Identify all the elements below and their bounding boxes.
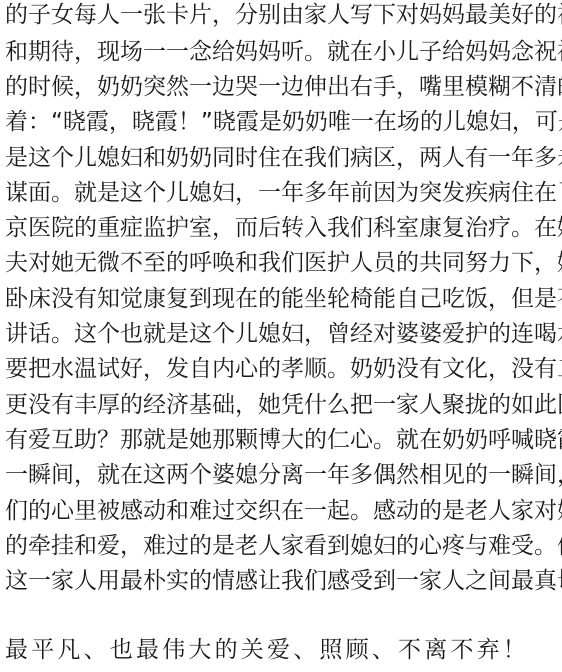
text-line-4: 着：“晓霞，晓霞！”晓霞是奶奶唯一在场的儿媳妇，可是就 [5, 107, 557, 137]
text-line-11: 要把水温试好，发自内心的孝顺。奶奶没有文化，没有工作， [5, 354, 557, 384]
text-line-15: 们的心里被感动和难过交织在一起。感动的是老人家对媳妇 [5, 496, 557, 526]
text-line-5: 是这个儿媳妇和奶奶同时住在我们病区，两人有一年多未曾 [5, 143, 557, 173]
text-line-6: 谋面。就是这个儿媳妇，一年多年前因为突发疾病住在了西 [5, 178, 557, 208]
text-line-8: 夫对她无微不至的呼唤和我们医护人员的共同努力下，她从 [5, 248, 557, 278]
text-line-3: 的时候，奶奶突然一边哭一边伸出右手，嘴里模糊不清的喊 [5, 72, 557, 102]
text-line-17: 这一家人用最朴实的情感让我们感受到一家人之间最真切、 [5, 566, 557, 596]
text-line-18: 最平凡、也最伟大的关爱、照顾、不离不弃！ [5, 635, 557, 665]
text-line-10: 讲话。这个也就是这个儿媳妇，曾经对婆婆爱护的连喝水都 [5, 319, 557, 349]
text-line-12: 更没有丰厚的经济基础，她凭什么把一家人聚拢的如此团结 [5, 390, 557, 420]
text-line-13: 有爱互助？那就是她那颗博大的仁心。就在奶奶呼喊晓霞的 [5, 425, 557, 455]
document-page: 的子女每人一张卡片，分别由家人写下对妈妈最美好的祝福 和期待，现场一一念给妈妈听… [0, 0, 562, 672]
text-line-1: 的子女每人一张卡片，分别由家人写下对妈妈最美好的祝福 [5, 0, 557, 30]
text-line-14: 一瞬间，就在这两个婆媳分离一年多偶然相见的一瞬间，我 [5, 460, 557, 490]
text-line-2: 和期待，现场一一念给妈妈听。就在小儿子给妈妈念祝福语 [5, 37, 557, 67]
text-line-9: 卧床没有知觉康复到现在的能坐轮椅能自己吃饭，但是不能 [5, 284, 557, 314]
text-line-16: 的牵挂和爱，难过的是老人家看到媳妇的心疼与难受。他们 [5, 531, 557, 561]
text-line-7: 京医院的重症监护室，而后转入我们科室康复治疗。在她丈 [5, 213, 557, 243]
